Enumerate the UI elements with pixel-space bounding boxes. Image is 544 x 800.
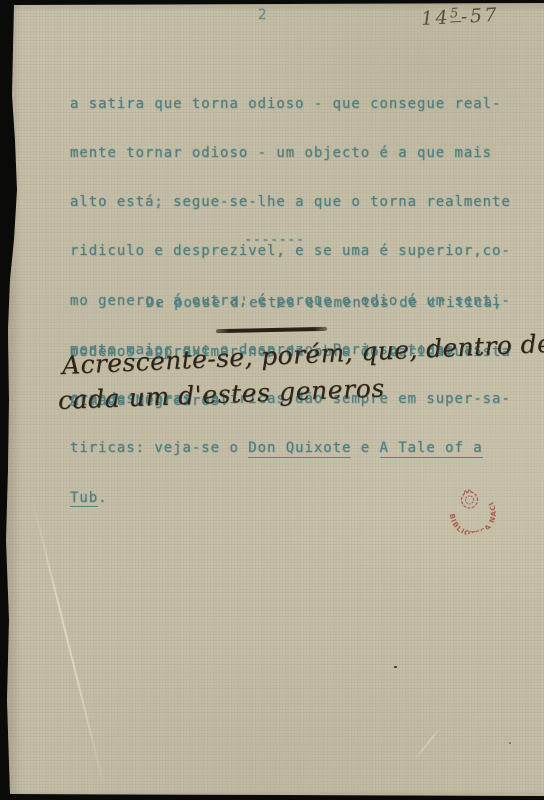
underlined-title-don-quixote: Don Quixote xyxy=(248,440,351,458)
typed-segment: tiricas: veja-se o xyxy=(70,440,248,456)
archival-code-rest: -57 xyxy=(460,4,499,28)
archival-code: 145-57 xyxy=(420,4,499,30)
typed-line: tiricas: veja-se o Don Quixote e A Tale … xyxy=(70,440,511,456)
underlined-title-tub: Tub xyxy=(70,490,98,508)
page-number: 2 xyxy=(258,7,267,23)
paper-crease xyxy=(31,498,106,790)
typed-line: mente tornar odioso - um objecto é a que… xyxy=(70,145,511,161)
paper-sheet: 2 145-57 a satira que torna odioso - que… xyxy=(0,0,544,800)
archival-code-superscript: 5 xyxy=(450,6,462,23)
typed-segment: . xyxy=(98,490,107,506)
typed-dash-separator: ------- xyxy=(244,232,304,248)
stamp-emblem-crown xyxy=(463,489,471,494)
ink-speck xyxy=(394,666,397,668)
scanned-document-page: 2 145-57 a satira que torna odioso - que… xyxy=(0,0,544,800)
archival-code-base: 14 xyxy=(420,7,450,30)
stamp-emblem-inner-circle xyxy=(465,495,475,505)
typed-line: a satira que torna odioso - que consegue… xyxy=(70,96,511,112)
stamp-emblem-outer-circle xyxy=(460,490,479,509)
underlined-title-a-tale-of-a: A Tale of a xyxy=(380,440,483,458)
ink-speck xyxy=(509,742,511,744)
paper-crease xyxy=(414,726,441,760)
typed-line: De posse d'estes elementos de critica, xyxy=(70,295,511,311)
typed-segment: e xyxy=(351,440,379,456)
typed-line: alto está; segue-se-lhe a que o torna re… xyxy=(70,194,511,210)
